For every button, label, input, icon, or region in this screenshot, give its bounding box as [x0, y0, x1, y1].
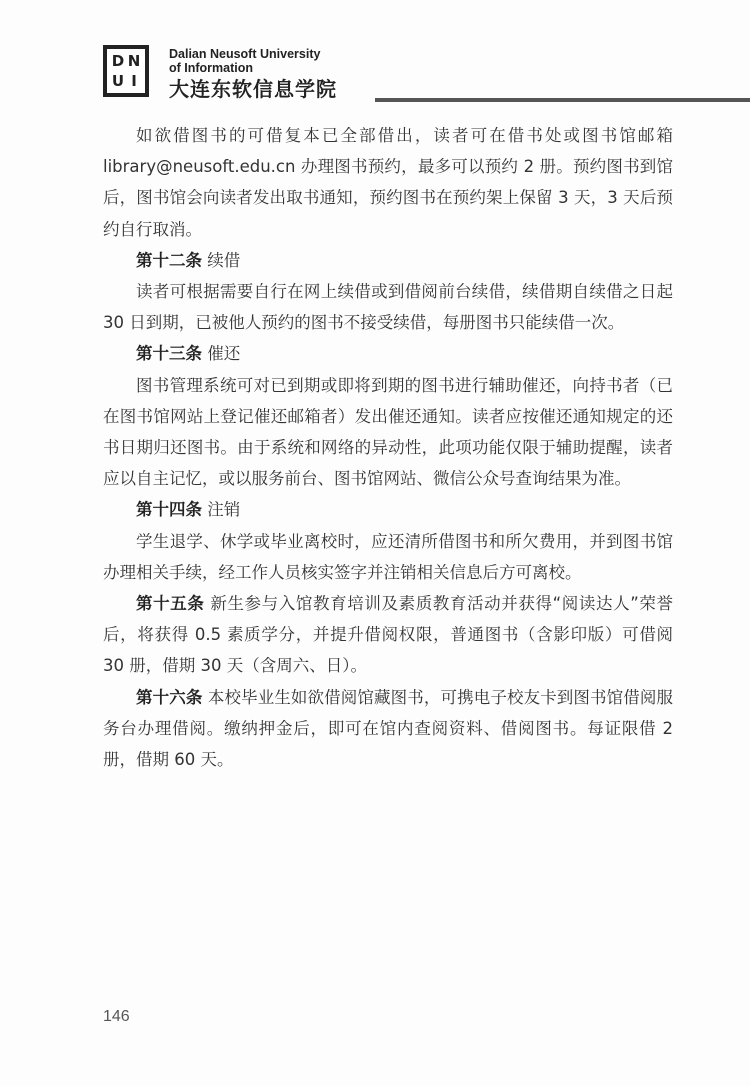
- article-13-heading: 第十三条 催还: [103, 338, 673, 369]
- university-name-english: Dalian Neusoft University of Information: [169, 47, 320, 75]
- university-name-chinese: 大连东软信息学院: [169, 77, 337, 101]
- logo-letter: U: [112, 72, 124, 90]
- article-15: 第十五条 新生参与入馆教育培训及素质教育活动并获得“阅读达人”荣誉后，将获得 0…: [103, 588, 673, 682]
- intro-paragraph: 如欲借图书的可借复本已全部借出，读者可在借书处或图书馆邮箱library@neu…: [103, 120, 673, 245]
- document-body: 如欲借图书的可借复本已全部借出，读者可在借书处或图书馆邮箱library@neu…: [103, 120, 673, 775]
- article-16: 第十六条 本校毕业生如欲借阅馆藏图书，可携电子校友卡到图书馆借阅服务台办理借阅。…: [103, 682, 673, 776]
- article-number: 第十二条: [136, 251, 202, 270]
- article-title: 续借: [207, 251, 240, 270]
- logo-letter: I: [131, 72, 137, 90]
- page-header: D N U I Dalian Neusoft University of Inf…: [103, 45, 750, 105]
- article-14-body: 学生退学、休学或毕业离校时，应还清所借图书和所欠费用，并到图书馆办理相关手续，经…: [103, 526, 673, 588]
- article-12-heading: 第十二条 续借: [103, 245, 673, 276]
- article-12-body: 读者可根据需要自行在网上续借或到借阅前台续借，续借期自续借之日起 30 日到期，…: [103, 276, 673, 338]
- university-name-en-line2: of Information: [169, 61, 320, 75]
- article-number: 第十五条: [136, 594, 204, 613]
- article-title: 催还: [207, 344, 240, 363]
- logo-letter: D: [112, 52, 124, 70]
- page-number: 146: [103, 1008, 130, 1026]
- logo-letter: N: [128, 52, 141, 70]
- article-number: 第十三条: [136, 344, 202, 363]
- article-title: 注销: [207, 500, 240, 519]
- article-number: 第十四条: [136, 500, 202, 519]
- article-13-body: 图书管理系统可对已到期或即将到期的图书进行辅助催还，向持书者（已在图书馆网站上登…: [103, 370, 673, 495]
- article-14-heading: 第十四条 注销: [103, 494, 673, 525]
- university-logo: D N U I: [103, 45, 149, 97]
- header-divider: [375, 98, 750, 102]
- university-name-en-line1: Dalian Neusoft University: [169, 47, 320, 61]
- article-number: 第十六条: [136, 688, 202, 707]
